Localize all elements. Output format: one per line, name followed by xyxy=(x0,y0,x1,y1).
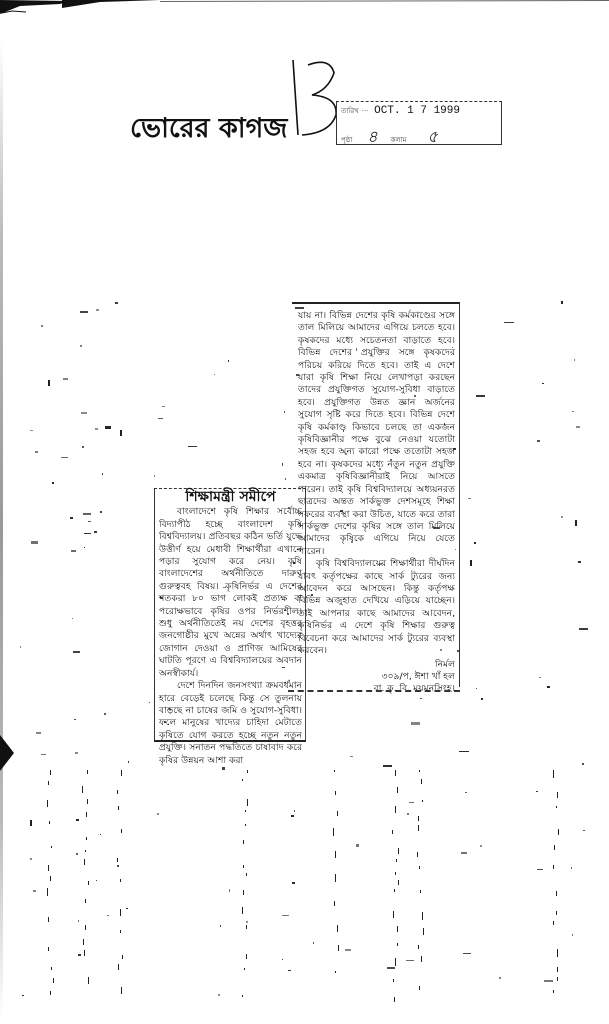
newspaper-masthead: ভোরের কাগজ xyxy=(130,108,287,153)
date-stamp: তারিখ ··· OCT. 1 7 1999 পৃষ্ঠা ৪ কলাম ৫ xyxy=(336,101,502,145)
stamp-date: OCT. 1 7 1999 xyxy=(374,105,460,117)
article-clipping-left: শিক্ষামন্ত্রী সমীপে বাংলাদেশে কৃষি শিক্ষ… xyxy=(154,488,306,742)
article-paragraph: বাংলাদেশে কৃষি শিক্ষার সর্বোচ্চ বিদ্যাপী… xyxy=(159,506,302,680)
article-paragraph: কৃষি বিশ্ববিদ্যালয়ের শিক্ষার্থীরা দীর্ঘ… xyxy=(298,558,455,657)
article-paragraph: দেশে দিনদিন জনসংখ্যা ক্রমবর্ধমান হারে বে… xyxy=(159,680,302,767)
article-headline: শিক্ষামন্ত্রী সমীপে xyxy=(159,491,302,503)
stamp-column-label: কলাম xyxy=(390,136,406,144)
stamp-page-label: পৃষ্ঠা xyxy=(341,136,352,144)
stamp-date-label: তারিখ xyxy=(341,107,359,115)
stamp-page-value: ৪ xyxy=(367,127,377,146)
stamp-column-value: ৫ xyxy=(427,127,437,146)
clipping-cut-edge xyxy=(288,690,460,694)
article-clipping-right: যায় না। বিভিন্ন দেশের কৃষি কর্মকাণ্ডের … xyxy=(292,302,460,687)
signature-address-1: ৩০৯/প, ঈশা খাঁ হল xyxy=(298,671,455,683)
scan-left-mark xyxy=(0,735,14,771)
signature-name: নির্মল xyxy=(298,659,455,671)
scan-left-edge xyxy=(0,40,3,1020)
article-paragraph: যায় না। বিভিন্ন দেশের কৃষি কর্মকাণ্ডের … xyxy=(298,310,455,558)
scan-edge-artifact xyxy=(0,0,609,16)
